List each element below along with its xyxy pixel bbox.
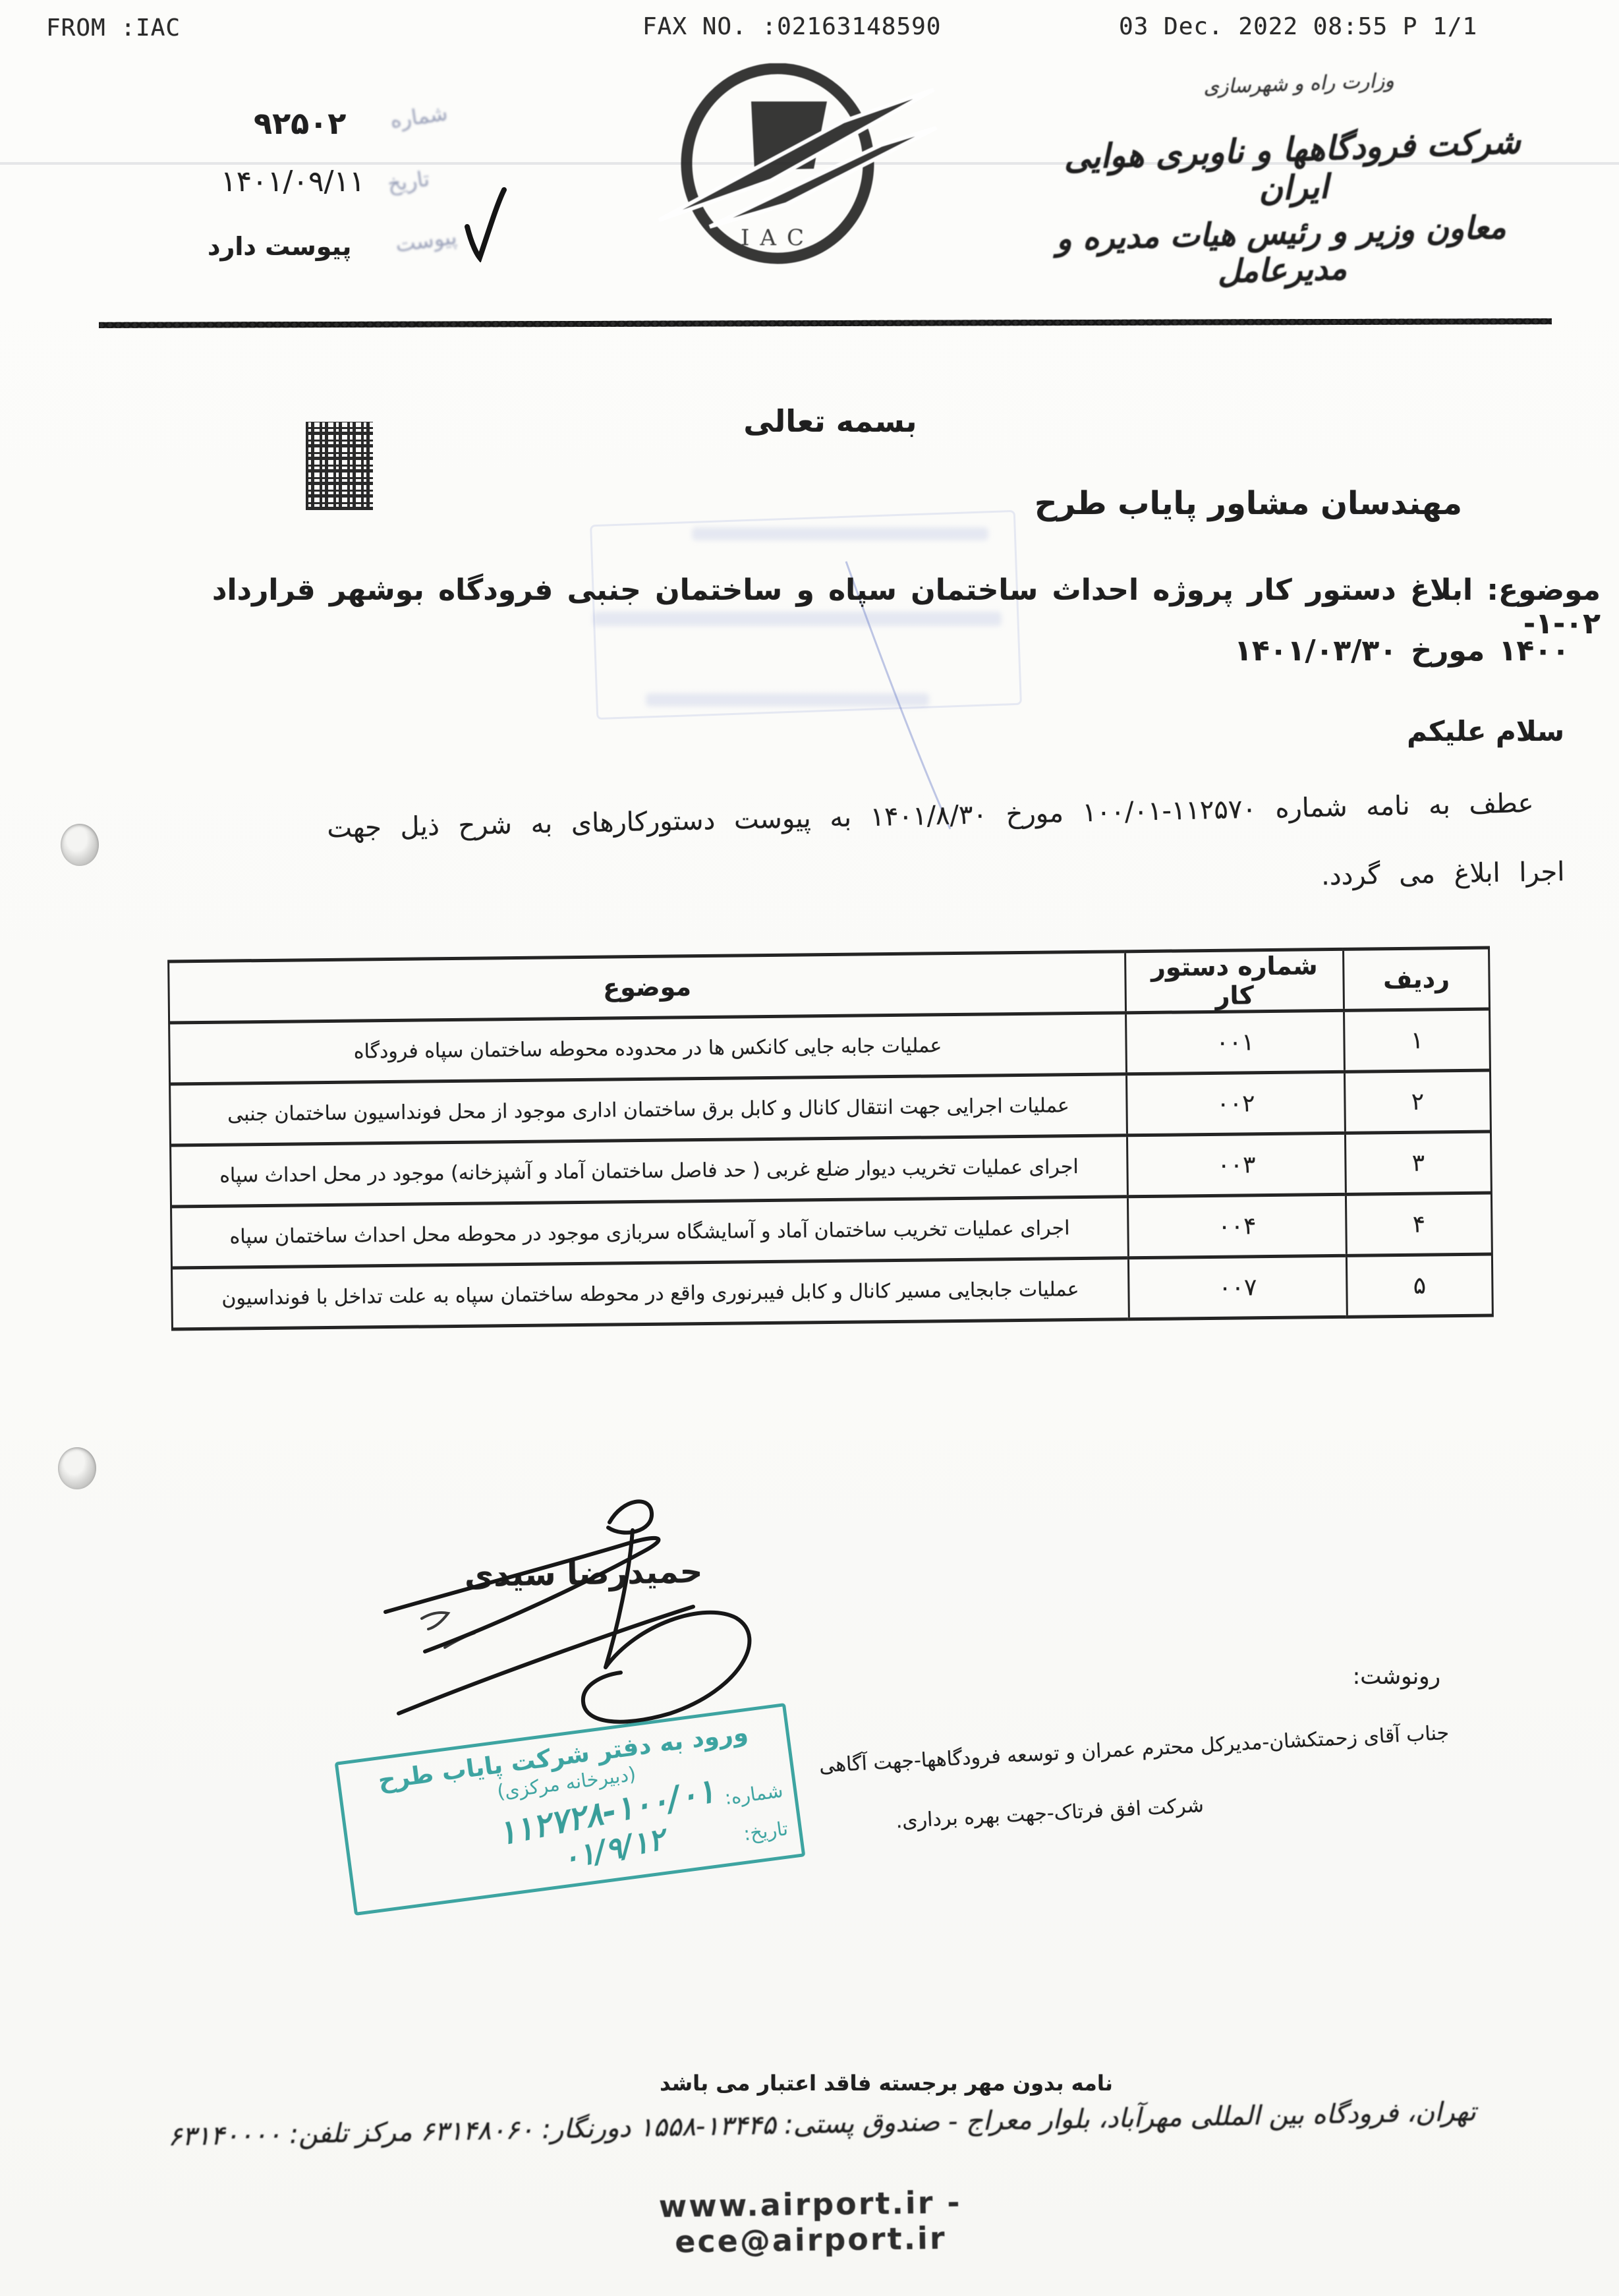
header-row-no: ردیف	[1344, 948, 1490, 1010]
fax-from: FROM :IAC	[46, 14, 181, 42]
header-divider	[99, 318, 1552, 328]
subject-line2: ۱۴۰۰ مورخ ۱۴۰۱/۰۳/۳۰	[1234, 634, 1570, 668]
table-row: ۵ ۰۰۷ عملیات جابجایی مسیر کانال و کابل ف…	[172, 1254, 1493, 1329]
cell-row-no: ۴	[1346, 1193, 1492, 1255]
recipient-title: مهندسان مشاور پایاب طرح	[1035, 485, 1462, 522]
cell-order-no: ۰۰۷	[1128, 1255, 1347, 1319]
salutation: سلام علیکم	[1407, 715, 1564, 747]
faded-stamp-number-label: شماره	[389, 100, 449, 133]
copies-label: رونوشت:	[1353, 1663, 1440, 1690]
footer-address: تهران، فرودگاه بین المللی مهرآباد، بلوار…	[198, 2096, 1477, 2151]
ghost-stamp-line	[692, 527, 988, 540]
header-subject: موضوع	[169, 952, 1126, 1023]
besmele: بسمه تعالی	[725, 403, 936, 439]
cell-order-no: ۰۰۱	[1126, 1010, 1345, 1074]
work-orders-table: ردیف شماره دستور کار موضوع ۱ ۰۰۱ عملیات …	[167, 946, 1494, 1331]
punch-hole	[58, 1447, 96, 1489]
body-line2: اجرا ابلاغ می گردد.	[1321, 857, 1564, 891]
header-order-no: شماره دستور کار	[1125, 949, 1344, 1012]
cell-order-no: ۰۰۲	[1127, 1072, 1346, 1135]
letterhead-ministry: وزارت راه و شهرسازی	[1134, 67, 1464, 101]
registration-number: ۹۲۵۰۲	[254, 105, 346, 141]
letterhead-role: معاون وزیر و رئیس هیات مدیره و مدیرعامل	[1031, 208, 1533, 295]
copies-item-2: شرکت افق فرتاک-جهت بهره برداری.	[895, 1794, 1205, 1833]
signature-icon	[359, 1495, 781, 1745]
punch-hole	[61, 824, 99, 866]
entry-stamp-date-label: تاریخ:	[741, 1808, 789, 1845]
barcode-block	[306, 422, 373, 510]
cell-subject: اجرای عملیات تخریب ساختمان آماد و آسایشگ…	[171, 1197, 1129, 1268]
cell-subject: عملیات اجرایی جهت انتقال کانال و کابل بر…	[170, 1074, 1127, 1145]
entry-stamp-number-label: شماره:	[722, 1770, 784, 1809]
cell-subject: عملیات جابجایی مسیر کانال و کابل فیبرنور…	[172, 1258, 1129, 1329]
footer-web-email: www.airport.ir - ece@airport.ir	[540, 2183, 1081, 2261]
registration-date: ۱۴۰۱/۰۹/۱۱	[221, 165, 365, 198]
fax-number: FAX NO. :02163148590	[642, 13, 941, 40]
letterhead-company: شرکت فرودگاهها و ناوبری هوایی ایران	[1054, 122, 1531, 215]
cell-row-no: ۳	[1345, 1132, 1491, 1194]
subject-line1: موضوع: ابلاغ دستور کار پروژه احداث ساختم…	[125, 573, 1601, 641]
cell-row-no: ۱	[1344, 1009, 1491, 1072]
iac-logo-icon: IAC	[649, 63, 939, 272]
faded-stamp-attachment-label: پیوست	[394, 224, 459, 258]
fax-datetime: 03 Dec. 2022 08:55 P 1/1	[1119, 13, 1477, 40]
cell-row-no: ۲	[1344, 1070, 1491, 1133]
svg-text:IAC: IAC	[741, 225, 814, 251]
fax-document-page: FROM :IAC FAX NO. :02163148590 03 Dec. 2…	[0, 0, 1619, 2296]
attachment-note: پیوست دارد	[208, 232, 351, 261]
cell-row-no: ۵	[1346, 1254, 1492, 1317]
cell-subject: اجرای عملیات تخریب دیوار ضلع غربی ( حد ف…	[171, 1135, 1128, 1207]
footer-validity-note: نامه بدون مهر برجسته فاقد اعتبار می باشد	[623, 2071, 1150, 2096]
cell-order-no: ۰۰۳	[1127, 1133, 1346, 1196]
copies-item-1: جناب آقای زحمتکشان-مدیرکل محترم عمران و …	[818, 1721, 1450, 1777]
cell-subject: عملیات جابه جایی کانکس ها در محدوده محوط…	[169, 1013, 1127, 1084]
cell-order-no: ۰۰۴	[1127, 1194, 1346, 1257]
checkmark-icon	[461, 186, 510, 262]
faded-stamp-date-label: تاریخ	[386, 166, 431, 196]
